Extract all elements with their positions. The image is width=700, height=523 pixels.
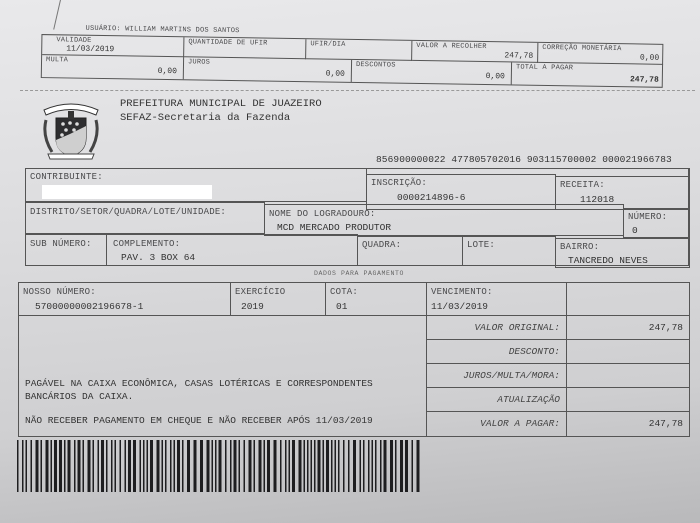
value-row-label: VALOR ORIGINAL: (474, 322, 560, 333)
nosso-numero-cell: NOSSO NÚMERO: 57000000002196678-1 (18, 282, 231, 316)
value-row-label-cell: VALOR A PAGAR: (426, 411, 567, 437)
instructions-line-3: NÃO RECEBER PAGAMENTO EM CHEQUE E NÃO RE… (25, 415, 373, 426)
lote-label: LOTE: (467, 240, 495, 250)
juros-label: JUROS (188, 58, 210, 66)
multa-value: 0,00 (158, 67, 177, 76)
vencimento-label: VENCIMENTO: (431, 287, 493, 297)
contribuinte-cell: CONTRIBUINTE: (25, 168, 367, 202)
barcode-icon (15, 440, 421, 492)
numero-value: 0 (632, 225, 638, 236)
stub-qtd-ufir-cell: QUANTIDADE DE UFIR (184, 37, 306, 59)
municipal-coat-of-arms-icon (36, 96, 106, 162)
vencimento-cell: VENCIMENTO: 11/03/2019 (426, 282, 567, 316)
quadra-label: QUADRA: (362, 240, 401, 250)
value-row-amount: 247,78 (649, 322, 683, 333)
multa-label: MULTA (46, 56, 68, 64)
stub-ufir-dia-cell: UFIR/DIA (306, 39, 412, 61)
numero-label: NÚMERO: (628, 212, 667, 222)
value-row-amount-cell: 247,78 (566, 315, 690, 340)
stub-total-cell: TOTAL A PAGAR 247,78 (512, 62, 663, 86)
payment-data-caption: DADOS PARA PAGAMENTO (314, 270, 404, 277)
value-row-amount-cell (566, 387, 690, 412)
juros-value: 0,00 (326, 70, 345, 79)
value-row-label-cell: JUROS/MULTA/MORA: (426, 363, 567, 388)
contribuinte-redacted-value (42, 185, 212, 199)
contribuinte-label: CONTRIBUINTE: (30, 172, 103, 182)
instructions-line-1: PAGÁVEL NA CAIXA ECONÔMICA, CASAS LOTÉRI… (25, 378, 373, 389)
correcao-value: 0,00 (640, 53, 659, 62)
quadra-cell: QUADRA: (357, 236, 463, 266)
stub-table: VALIDADE 11/03/2019 QUANTIDADE DE UFIR U… (41, 34, 664, 88)
value-row-label: DESCONTO: (509, 346, 560, 357)
exercicio-label: EXERCÍCIO (235, 287, 285, 297)
stub-juros-cell: JUROS 0,00 (184, 57, 352, 82)
prefeitura-title: PREFEITURA MUNICIPAL DE JUAZEIRO (120, 98, 322, 110)
bairro-value: TANCREDO NEVES (568, 255, 648, 266)
numero-cell: NÚMERO: 0 (623, 208, 690, 238)
stub-correcao-cell: CORREÇÃO MONETÁRIA 0,00 (538, 43, 663, 65)
vencimento-blank-cell (566, 282, 690, 316)
total-value: 247,78 (630, 75, 659, 84)
secretaria-subtitle: SEFAZ-Secretaria da Fazenda (120, 112, 290, 124)
instructions-line-2: BANCÁRIOS DA CAIXA. (25, 391, 133, 402)
usuario-value: WILLIAM MARTINS DOS SANTOS (125, 25, 240, 35)
usuario-label: USUÁRIO: (85, 25, 120, 34)
taxpayer-info-table: CONTRIBUINTE: INSCRIÇÃO: 0000214896-6 RE… (25, 168, 690, 266)
logradouro-cell: NOME DO LOGRADOURO: MCD MERCADO PRODUTOR (264, 204, 624, 236)
cut-line-divider (20, 90, 695, 91)
sub-numero-cell: SUB NÚMERO: (25, 234, 107, 266)
stub-descontos-cell: DESCONTOS 0,00 (352, 60, 512, 85)
bairro-cell: BAIRRO: TANCREDO NEVES (555, 238, 690, 268)
complemento-label: COMPLEMENTO: (113, 239, 180, 249)
descontos-label: DESCONTOS (356, 61, 396, 70)
value-row-label-cell: VALOR ORIGINAL: (426, 315, 567, 340)
complemento-value: PAV. 3 BOX 64 (121, 252, 195, 263)
receita-label: RECEITA: (560, 180, 605, 190)
validade-label: VALIDADE (56, 36, 91, 45)
paper-fold-edge (53, 0, 63, 30)
value-row-amount-cell (566, 363, 690, 388)
ufir-dia-label: UFIR/DIA (310, 40, 345, 49)
descontos-value: 0,00 (486, 72, 505, 81)
value-row-label: JUROS/MULTA/MORA: (463, 370, 560, 381)
logradouro-value: MCD MERCADO PRODUTOR (277, 222, 391, 233)
value-row-amount-cell: 247,78 (566, 411, 690, 437)
valor-recolher-label: VALOR A RECOLHER (416, 42, 487, 51)
payment-table: NOSSO NÚMERO: 57000000002196678-1 EXERCÍ… (18, 282, 690, 437)
value-row-amount: 247,78 (649, 418, 683, 429)
value-row-amount-cell (566, 339, 690, 364)
value-row-label: ATUALIZAÇÃO (497, 394, 560, 405)
exercicio-cell: EXERCÍCIO 2019 (230, 282, 326, 316)
vencimento-value: 11/03/2019 (431, 301, 488, 312)
cota-value: 01 (336, 301, 347, 312)
correcao-label: CORREÇÃO MONETÁRIA (542, 44, 621, 53)
total-label: TOTAL A PAGAR (516, 64, 573, 73)
inscricao-label: INSCRIÇÃO: (371, 178, 427, 188)
sub-numero-label: SUB NÚMERO: (30, 239, 92, 249)
logradouro-label: NOME DO LOGRADOURO: (269, 209, 375, 219)
distrito-label: DISTRITO/SETOR/QUADRA/LOTE/UNIDADE: (30, 207, 226, 217)
lote-cell: LOTE: (462, 236, 556, 266)
stub-validade-cell: VALIDADE 11/03/2019 (42, 35, 184, 57)
complemento-cell: COMPLEMENTO: PAV. 3 BOX 64 (106, 234, 358, 266)
value-row-label: VALOR A PAGAR: (480, 418, 560, 429)
bairro-label: BAIRRO: (560, 242, 599, 252)
distrito-cell: DISTRITO/SETOR/QUADRA/LOTE/UNIDADE: (25, 202, 265, 234)
value-row-label-cell: ATUALIZAÇÃO (426, 387, 567, 412)
quantidade-ufir-label: QUANTIDADE DE UFIR (188, 38, 267, 47)
nosso-numero-label: NOSSO NÚMERO: (23, 287, 96, 297)
nosso-numero-value: 57000000002196678-1 (35, 301, 143, 312)
instructions-cell: PAGÁVEL NA CAIXA ECONÔMICA, CASAS LOTÉRI… (18, 315, 427, 437)
value-row-label-cell: DESCONTO: (426, 339, 567, 364)
digitable-line: 856900000022 477805702016 903115700002 0… (376, 154, 672, 165)
validade-value: 11/03/2019 (66, 44, 114, 54)
cota-cell: COTA: 01 (325, 282, 427, 316)
stub-valor-recolher-cell: VALOR A RECOLHER 247,78 (412, 41, 538, 63)
exercicio-value: 2019 (241, 301, 264, 312)
valor-recolher-value: 247,78 (504, 51, 533, 60)
cota-label: COTA: (330, 287, 358, 297)
stub-multa-cell: MULTA 0,00 (42, 55, 184, 79)
inscricao-value: 0000214896-6 (397, 192, 465, 203)
usuario-line: USUÁRIO: WILLIAM MARTINS DOS SANTOS (85, 25, 239, 35)
